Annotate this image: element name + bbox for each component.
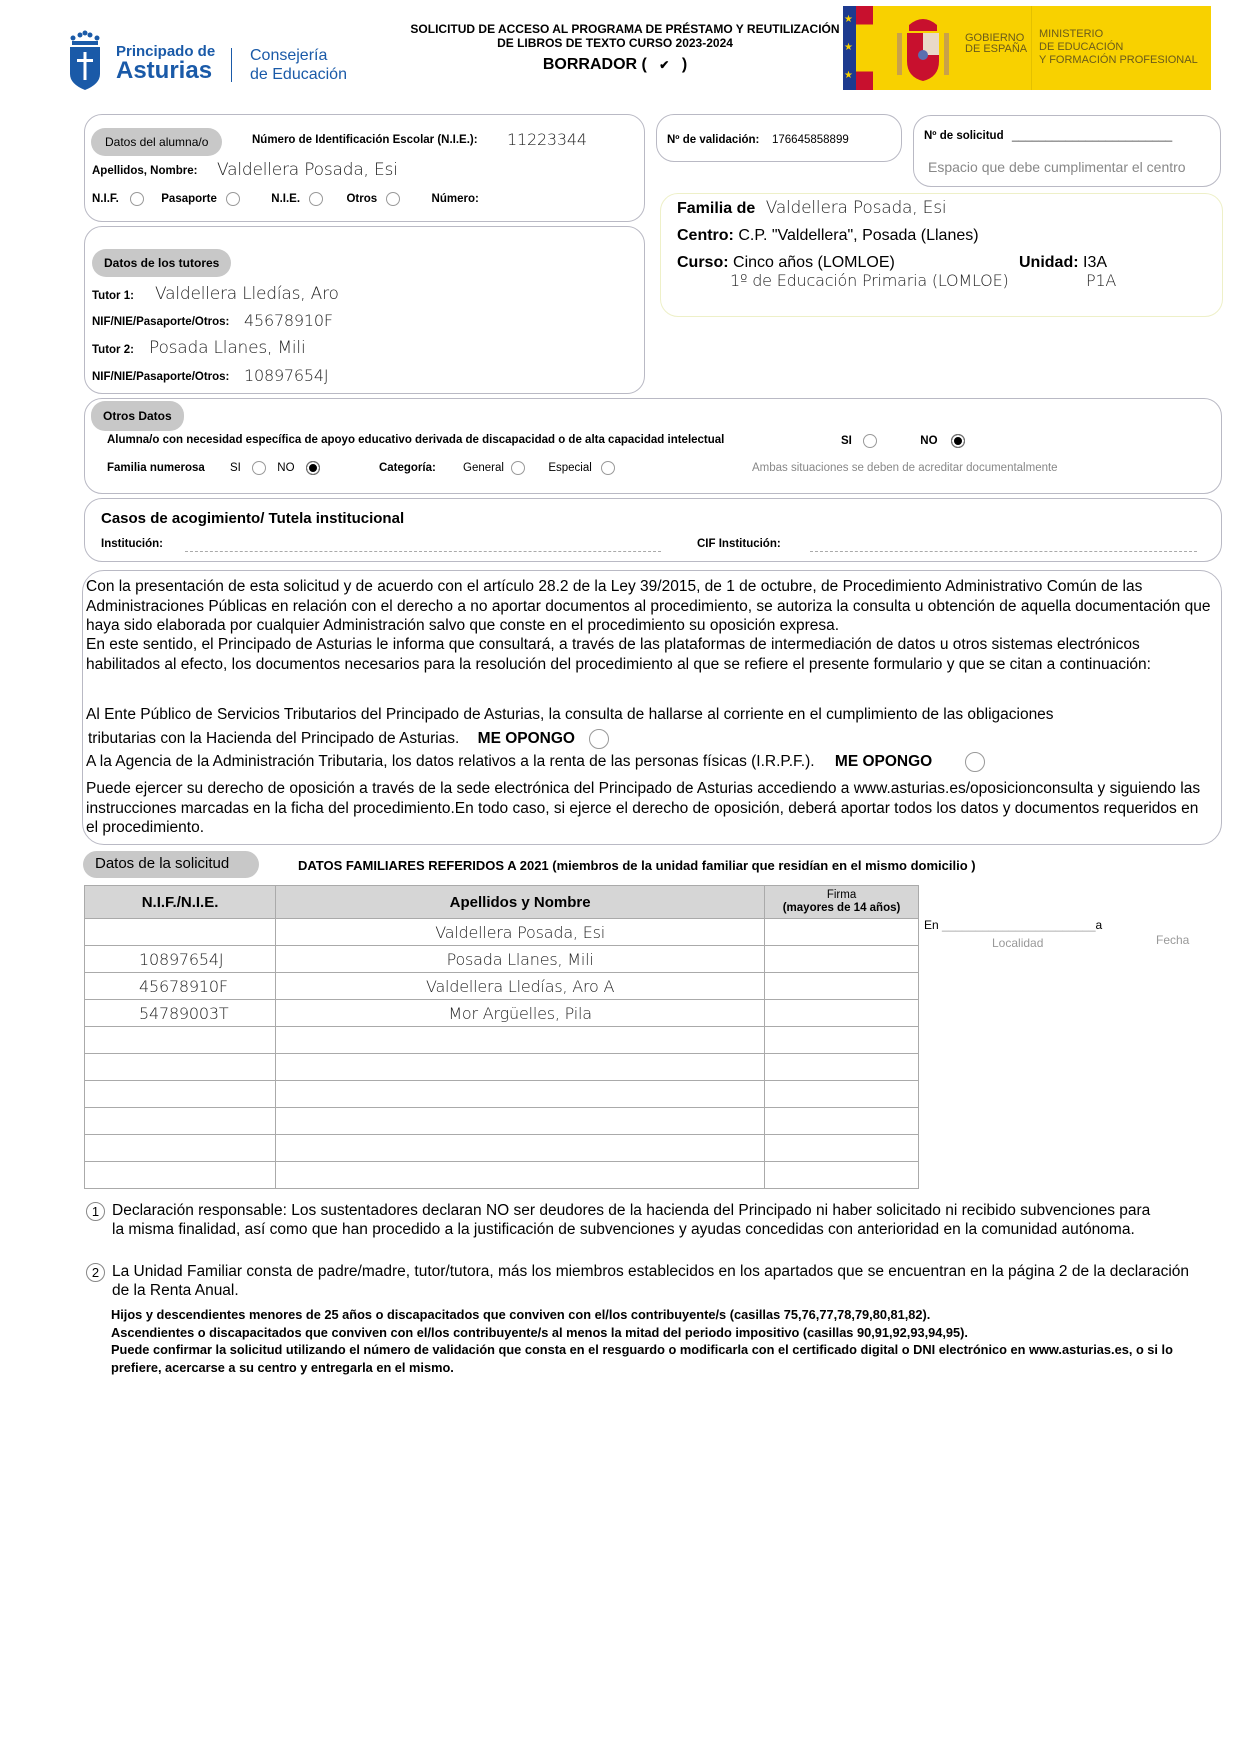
name-cell[interactable] (276, 1108, 765, 1135)
check-icon: ✔ (659, 58, 669, 72)
nif-cell[interactable] (85, 919, 276, 946)
special-needs-no-radio[interactable] (951, 434, 965, 448)
special-needs-si-radio[interactable] (863, 434, 877, 448)
family-data-heading: DATOS FAMILIARES REFERIDOS A 2021 (miemb… (298, 858, 976, 873)
table-row: 10897654JPosada Llanes, Mili (85, 946, 919, 973)
signature-cell[interactable] (765, 973, 919, 1000)
locality-hint: Localidad (992, 936, 1043, 950)
nif-cell[interactable]: 10897654J (85, 946, 276, 973)
date-hint: Fecha (1156, 933, 1189, 947)
family-of-value: Valdellera Posada, Esi (766, 198, 947, 218)
section-label-guardians: Datos de los tutores (92, 249, 231, 277)
signature-cell[interactable] (765, 946, 919, 973)
signature-cell[interactable] (765, 919, 919, 946)
doc-type-nie-radio[interactable] (309, 192, 323, 206)
note-1-number-icon: 1 (86, 1202, 105, 1221)
logo-educacion: de Educación (250, 65, 380, 84)
asturias-crest-icon (68, 30, 102, 90)
col-header-firma: Firma (mayores de 14 años) (765, 886, 919, 919)
nie-value[interactable]: 11223344 (507, 130, 587, 149)
name-cell[interactable]: Valdellera Posada, Esi (276, 919, 765, 946)
table-row: 45678910FValdellera Lledías, Aro A (85, 973, 919, 1000)
note-2: 2 La Unidad Familiar consta de padre/mad… (86, 1262, 1196, 1300)
numero-label: Número: (432, 193, 479, 205)
form-title-line1: SOLICITUD DE ACCESO AL PROGRAMA DE PRÉST… (410, 22, 840, 36)
note-1: 1 Declaración responsable: Los sustentad… (86, 1201, 1166, 1239)
validation-number-box: Nº de validación: 176645858899 (656, 114, 902, 162)
nif-cell[interactable] (85, 1108, 276, 1135)
curso-value-1: Cinco años (LOMLOE) (733, 254, 895, 271)
table-row (85, 1081, 919, 1108)
nif-cell[interactable] (85, 1054, 276, 1081)
family-of-row: Familia de Valdellera Posada, Esi (677, 198, 946, 218)
consent-paragraph-3: Puede ejercer su derecho de oposición a … (86, 779, 1206, 838)
name-cell[interactable]: Mor Argüelles, Pila (276, 1000, 765, 1027)
request-number-hint: Espacio que debe cumplimentar el centro (928, 159, 1186, 175)
coat-of-arms-icon (893, 13, 953, 83)
doc-type-group: N.I.F. Pasaporte N.I.E. Otros Número: (92, 192, 479, 206)
doc-type-otros-radio[interactable] (386, 192, 400, 206)
accreditation-note: Ambas situaciones se deben de acreditar … (752, 462, 1058, 474)
guardians-section: Datos de los tutores Tutor 1: Valdellera… (84, 226, 645, 394)
note-2-number-icon: 2 (86, 1263, 105, 1282)
borrador-indicator: BORRADOR ( ✔ ) (390, 56, 840, 74)
nif-cell[interactable] (85, 1081, 276, 1108)
signature-cell[interactable] (765, 1162, 919, 1189)
name-cell[interactable] (276, 1135, 765, 1162)
tutor1-name[interactable]: Valdellera Lledías, Aro (155, 284, 339, 304)
foster-care-title: Casos de acogimiento/ Tutela institucion… (101, 510, 404, 527)
table-row (85, 1162, 919, 1189)
consent-paragraph-2: En este sentido, el Principado de Asturi… (86, 635, 1166, 674)
spain-flag-stripe (856, 6, 873, 90)
me-opongo-label-2: ME OPONGO (835, 753, 932, 770)
col-header-nombre: Apellidos y Nombre (276, 886, 765, 919)
large-family-si-radio[interactable] (252, 461, 266, 475)
validation-value: 176645858899 (772, 134, 849, 146)
form-title-line2: DE LIBROS DE TEXTO CURSO 2023-2024 (390, 36, 840, 50)
tutor2-doc[interactable]: 10897654J (244, 366, 328, 385)
cif-institution-field[interactable] (810, 551, 1197, 552)
nif-cell[interactable] (85, 1162, 276, 1189)
tutor2-name[interactable]: Posada Llanes, Mili (149, 338, 305, 358)
institution-field[interactable] (185, 551, 661, 552)
gobierno-espana-logo: ★ ★ ★ GOBIERNO DE ESPAÑA MINISTERIO DE E… (843, 6, 1211, 90)
consent-paragraph-1: Con la presentación de esta solicitud y … (86, 577, 1216, 636)
student-name-label: Apellidos, Nombre: (92, 165, 197, 177)
name-cell[interactable]: Valdellera Lledías, Aro A (276, 973, 765, 1000)
table-row (85, 1108, 919, 1135)
curso-row: Curso: Cinco años (LOMLOE) (677, 254, 895, 272)
signature-cell[interactable] (765, 1054, 919, 1081)
nif-cell[interactable]: 45678910F (85, 973, 276, 1000)
signature-cell[interactable] (765, 1135, 919, 1162)
nif-cell[interactable] (85, 1027, 276, 1054)
name-cell[interactable] (276, 1162, 765, 1189)
large-family-no-radio[interactable] (306, 461, 320, 475)
request-number-box: Nº de solicitud ________________________… (913, 115, 1221, 187)
name-cell[interactable] (276, 1081, 765, 1108)
section-label-student: Datos del alumna/o (91, 128, 222, 156)
table-row (85, 1027, 919, 1054)
section-label-request: Datos de la solicitud (83, 851, 259, 878)
nif-cell[interactable] (85, 1135, 276, 1162)
oppose-aeat-radio[interactable] (965, 752, 985, 772)
me-opongo-label-1: ME OPONGO (478, 730, 575, 747)
star-icon: ★ (844, 70, 853, 81)
tutor1-doc[interactable]: 45678910F (244, 311, 333, 330)
consent-section: Con la presentación de esta solicitud y … (82, 570, 1222, 845)
table-row: 54789003TMor Argüelles, Pila (85, 1000, 919, 1027)
star-icon: ★ (844, 14, 853, 25)
curso-value-2: 1º de Educación Primaria (LOMLOE) (730, 271, 1009, 290)
signature-cell[interactable] (765, 1000, 919, 1027)
family-members-table: N.I.F./N.I.E. Apellidos y Nombre Firma (… (84, 885, 919, 1189)
nif-cell[interactable]: 54789003T (85, 1000, 276, 1027)
signature-cell[interactable] (765, 1081, 919, 1108)
category-general-radio[interactable] (511, 461, 525, 475)
special-needs-label: Alumna/o con necesidad específica de apo… (107, 434, 724, 446)
logo-divider (1031, 6, 1032, 90)
family-info-box: Familia de Valdellera Posada, Esi Centro… (660, 193, 1223, 317)
section-label-other: Otros Datos (91, 401, 184, 431)
name-cell[interactable]: Posada Llanes, Mili (276, 946, 765, 973)
agencia-line: A la Agencia de la Administración Tribut… (86, 752, 985, 772)
doc-type-pasaporte-radio[interactable] (226, 192, 240, 206)
ente-line-2: tributarias con la Hacienda del Principa… (88, 729, 609, 749)
unidad-value-1: I3A (1083, 254, 1107, 271)
request-number-label: Nº de solicitud (924, 130, 1004, 142)
name-cell[interactable] (276, 1054, 765, 1081)
foster-care-section: Casos de acogimiento/ Tutela institucion… (84, 498, 1222, 562)
category-especial-radio[interactable] (601, 461, 615, 475)
other-data-section: Otros Datos Alumna/o con necesidad espec… (84, 398, 1222, 494)
logo-consejeria: Consejería (250, 46, 380, 65)
nie-label: Número de Identificación Escolar (N.I.E.… (252, 134, 478, 146)
student-data-section: Datos del alumna/o Número de Identificac… (84, 114, 645, 222)
doc-type-nif-radio[interactable] (130, 192, 144, 206)
star-icon: ★ (844, 42, 853, 53)
signature-cell[interactable] (765, 1027, 919, 1054)
locality-field[interactable]: _______________________ (942, 918, 1096, 932)
centro-row: Centro: C.P. "Valdellera", Posada (Llane… (677, 227, 979, 245)
signature-place-date: En _______________________a Localidad Fe… (924, 918, 1224, 952)
unidad-row: Unidad: I3A (1019, 254, 1107, 272)
large-family-row: Familia numerosa SI NO Categoría: Genera… (107, 461, 615, 475)
validation-label: Nº de validación: (667, 134, 759, 146)
table-row (85, 1135, 919, 1162)
unidad-value-2: P1A (1086, 271, 1116, 290)
name-cell[interactable] (276, 1027, 765, 1054)
col-header-nif: N.I.F./N.I.E. (85, 886, 276, 919)
request-number-field[interactable]: ________________________ (1012, 128, 1172, 142)
table-row: Valdellera Posada, Esi (85, 919, 919, 946)
ente-line-1: Al Ente Público de Servicios Tributarios… (86, 705, 1054, 725)
student-name-value[interactable]: Valdellera Posada, Esi (217, 160, 398, 180)
oppose-ente-radio[interactable] (589, 729, 609, 749)
centro-value: C.P. "Valdellera", Posada (Llanes) (738, 227, 978, 244)
logo-divider (231, 48, 232, 82)
table-row (85, 1054, 919, 1081)
logo-asturias: Asturias (116, 59, 226, 83)
bold-notes: Hijos y descendientes menores de 25 años… (111, 1306, 1221, 1376)
special-needs-options: SI NO (841, 434, 965, 448)
signature-cell[interactable] (765, 1108, 919, 1135)
